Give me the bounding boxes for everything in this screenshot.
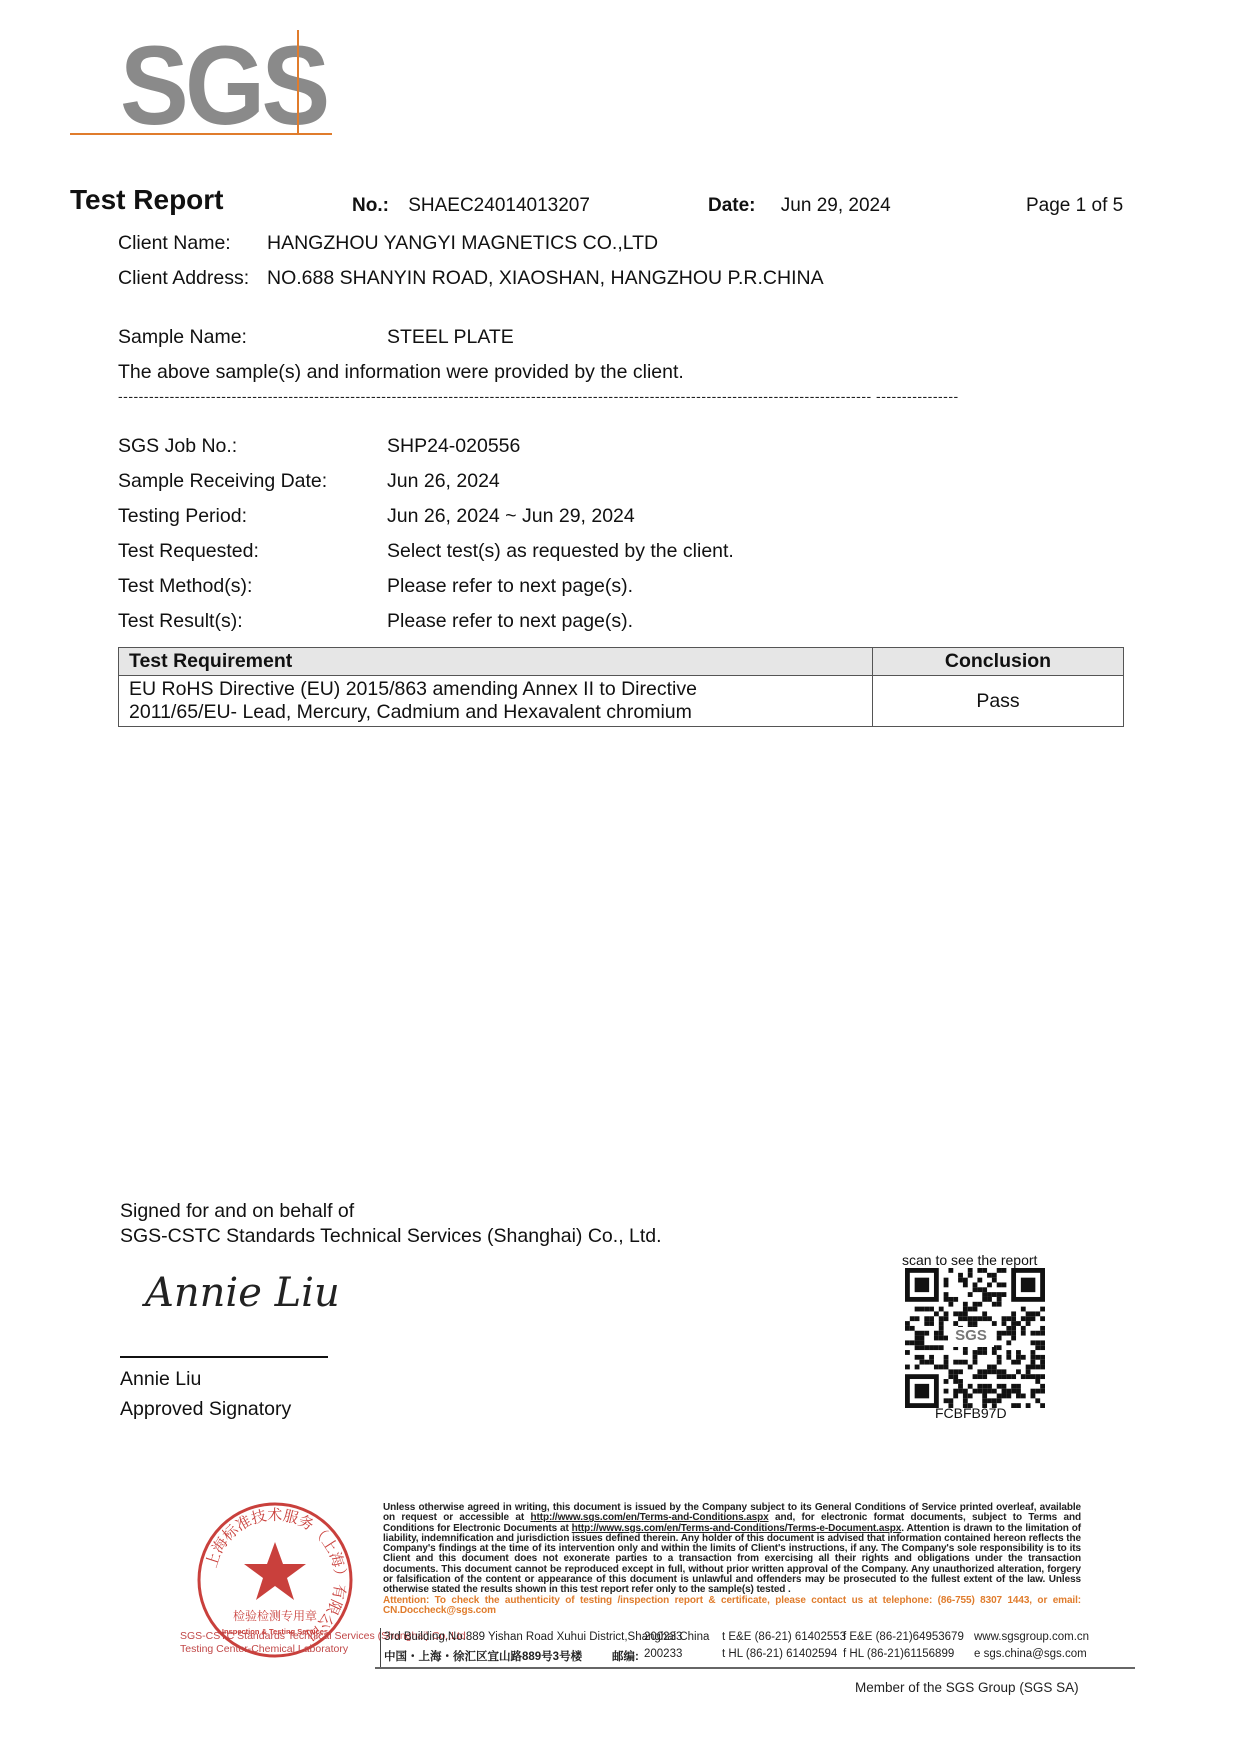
sgs-logo: SGS: [120, 30, 327, 142]
disclaimer-text-c: . Attention is drawn to the limitation o…: [383, 1523, 1081, 1596]
signing-company: SGS-CSTC Standards Technical Services (S…: [120, 1225, 662, 1248]
report-date: Date: Jun 29, 2024: [708, 195, 891, 217]
footer-website[interactable]: www.sgsgroup.com.cn: [974, 1631, 1089, 1643]
requirement-line-2: 2011/65/EU- Lead, Mercury, Cadmium and H…: [129, 701, 862, 724]
sample-note: The above sample(s) and information were…: [118, 361, 684, 384]
footer-address-cn: 中国・上海・徐汇区宜山路889号3号楼: [384, 1648, 582, 1664]
logo-accent-horizontal: [70, 133, 332, 135]
sample-name-label: Sample Name:: [118, 326, 247, 349]
terms-disclaimer: Unless otherwise agreed in writing, this…: [383, 1503, 1081, 1616]
footer-postcode-cn-label: 邮编:: [612, 1648, 639, 1664]
report-title: Test Report: [70, 184, 224, 216]
report-number: No.: SHAEC24014013207: [352, 195, 590, 217]
requirement-cell: EU RoHS Directive (EU) 2015/863 amending…: [119, 676, 873, 727]
sample-name-value: STEEL PLATE: [387, 326, 514, 349]
requirements-table: Test Requirement Conclusion EU RoHS Dire…: [118, 647, 1124, 727]
client-address-label: Client Address:: [118, 267, 249, 290]
signatory-name: Annie Liu: [120, 1368, 201, 1391]
footer-phone-hl: t HL (86-21) 61402594: [722, 1648, 837, 1660]
job-no-value: SHP24-020556: [387, 435, 520, 458]
client-address-value: NO.688 SHANYIN ROAD, XIAOSHAN, HANGZHOU …: [267, 267, 824, 290]
table-header-row: Test Requirement Conclusion: [119, 648, 1124, 676]
receiving-date-label: Sample Receiving Date:: [118, 470, 327, 493]
test-requested-value: Select test(s) as requested by the clien…: [387, 540, 734, 563]
footer-phone-ee: t E&E (86-21) 61402553: [722, 1631, 846, 1643]
signed-on-behalf: Signed for and on behalf of: [120, 1200, 354, 1223]
footer-postcode-en: 200233: [644, 1631, 682, 1643]
qr-label: scan to see the report: [902, 1252, 1037, 1268]
footer-divider-vertical: [380, 1628, 381, 1668]
separator-line: ----------------------------------------…: [118, 388, 1098, 404]
header-test-requirement: Test Requirement: [119, 648, 873, 676]
receiving-date-value: Jun 26, 2024: [387, 470, 500, 493]
requirement-line-1: EU RoHS Directive (EU) 2015/863 amending…: [129, 678, 862, 701]
signatory-role: Approved Signatory: [120, 1398, 291, 1421]
testing-period-value: Jun 26, 2024 ~ Jun 29, 2024: [387, 505, 635, 528]
footer-postcode-cn: 200233: [644, 1648, 682, 1660]
test-results-value: Please refer to next page(s).: [387, 610, 633, 633]
footer-divider: [375, 1667, 1135, 1669]
test-methods-label: Test Method(s):: [118, 575, 252, 598]
page-indicator: Page 1 of 5: [1026, 195, 1123, 217]
job-no-label: SGS Job No.:: [118, 435, 237, 458]
client-name-value: HANGZHOU YANGYI MAGNETICS CO.,LTD: [267, 232, 658, 255]
report-number-label: No.:: [352, 195, 389, 216]
authenticity-notice: Attention: To check the authenticity of …: [383, 1596, 1081, 1617]
sgs-group-membership: Member of the SGS Group (SGS SA): [855, 1680, 1079, 1695]
signature-line: [120, 1356, 328, 1358]
qr-center-logo: SGS: [948, 1327, 994, 1347]
header-conclusion: Conclusion: [873, 648, 1124, 676]
client-name-label: Client Name:: [118, 232, 231, 255]
svg-text:检验检测专用章: 检验检测专用章: [233, 1608, 317, 1623]
report-date-label: Date:: [708, 195, 756, 216]
conclusion-cell: Pass: [873, 676, 1124, 727]
qr-verification-code: FCBFB97D: [935, 1405, 1007, 1421]
test-requested-label: Test Requested:: [118, 540, 259, 563]
table-row: EU RoHS Directive (EU) 2015/863 amending…: [119, 676, 1124, 727]
footer-fax-hl: f HL (86-21)61156899: [843, 1648, 954, 1660]
test-results-label: Test Result(s):: [118, 610, 243, 633]
logo-accent-vertical: [297, 30, 299, 133]
handwritten-signature: Annie Liu: [145, 1270, 340, 1316]
test-methods-value: Please refer to next page(s).: [387, 575, 633, 598]
report-number-value: SHAEC24014013207: [408, 195, 590, 216]
footer-fax-ee: f E&E (86-21)64953679: [843, 1631, 964, 1643]
testing-period-label: Testing Period:: [118, 505, 247, 528]
footer-email[interactable]: e sgs.china@sgs.com: [974, 1648, 1087, 1660]
report-date-value: Jun 29, 2024: [781, 195, 891, 216]
